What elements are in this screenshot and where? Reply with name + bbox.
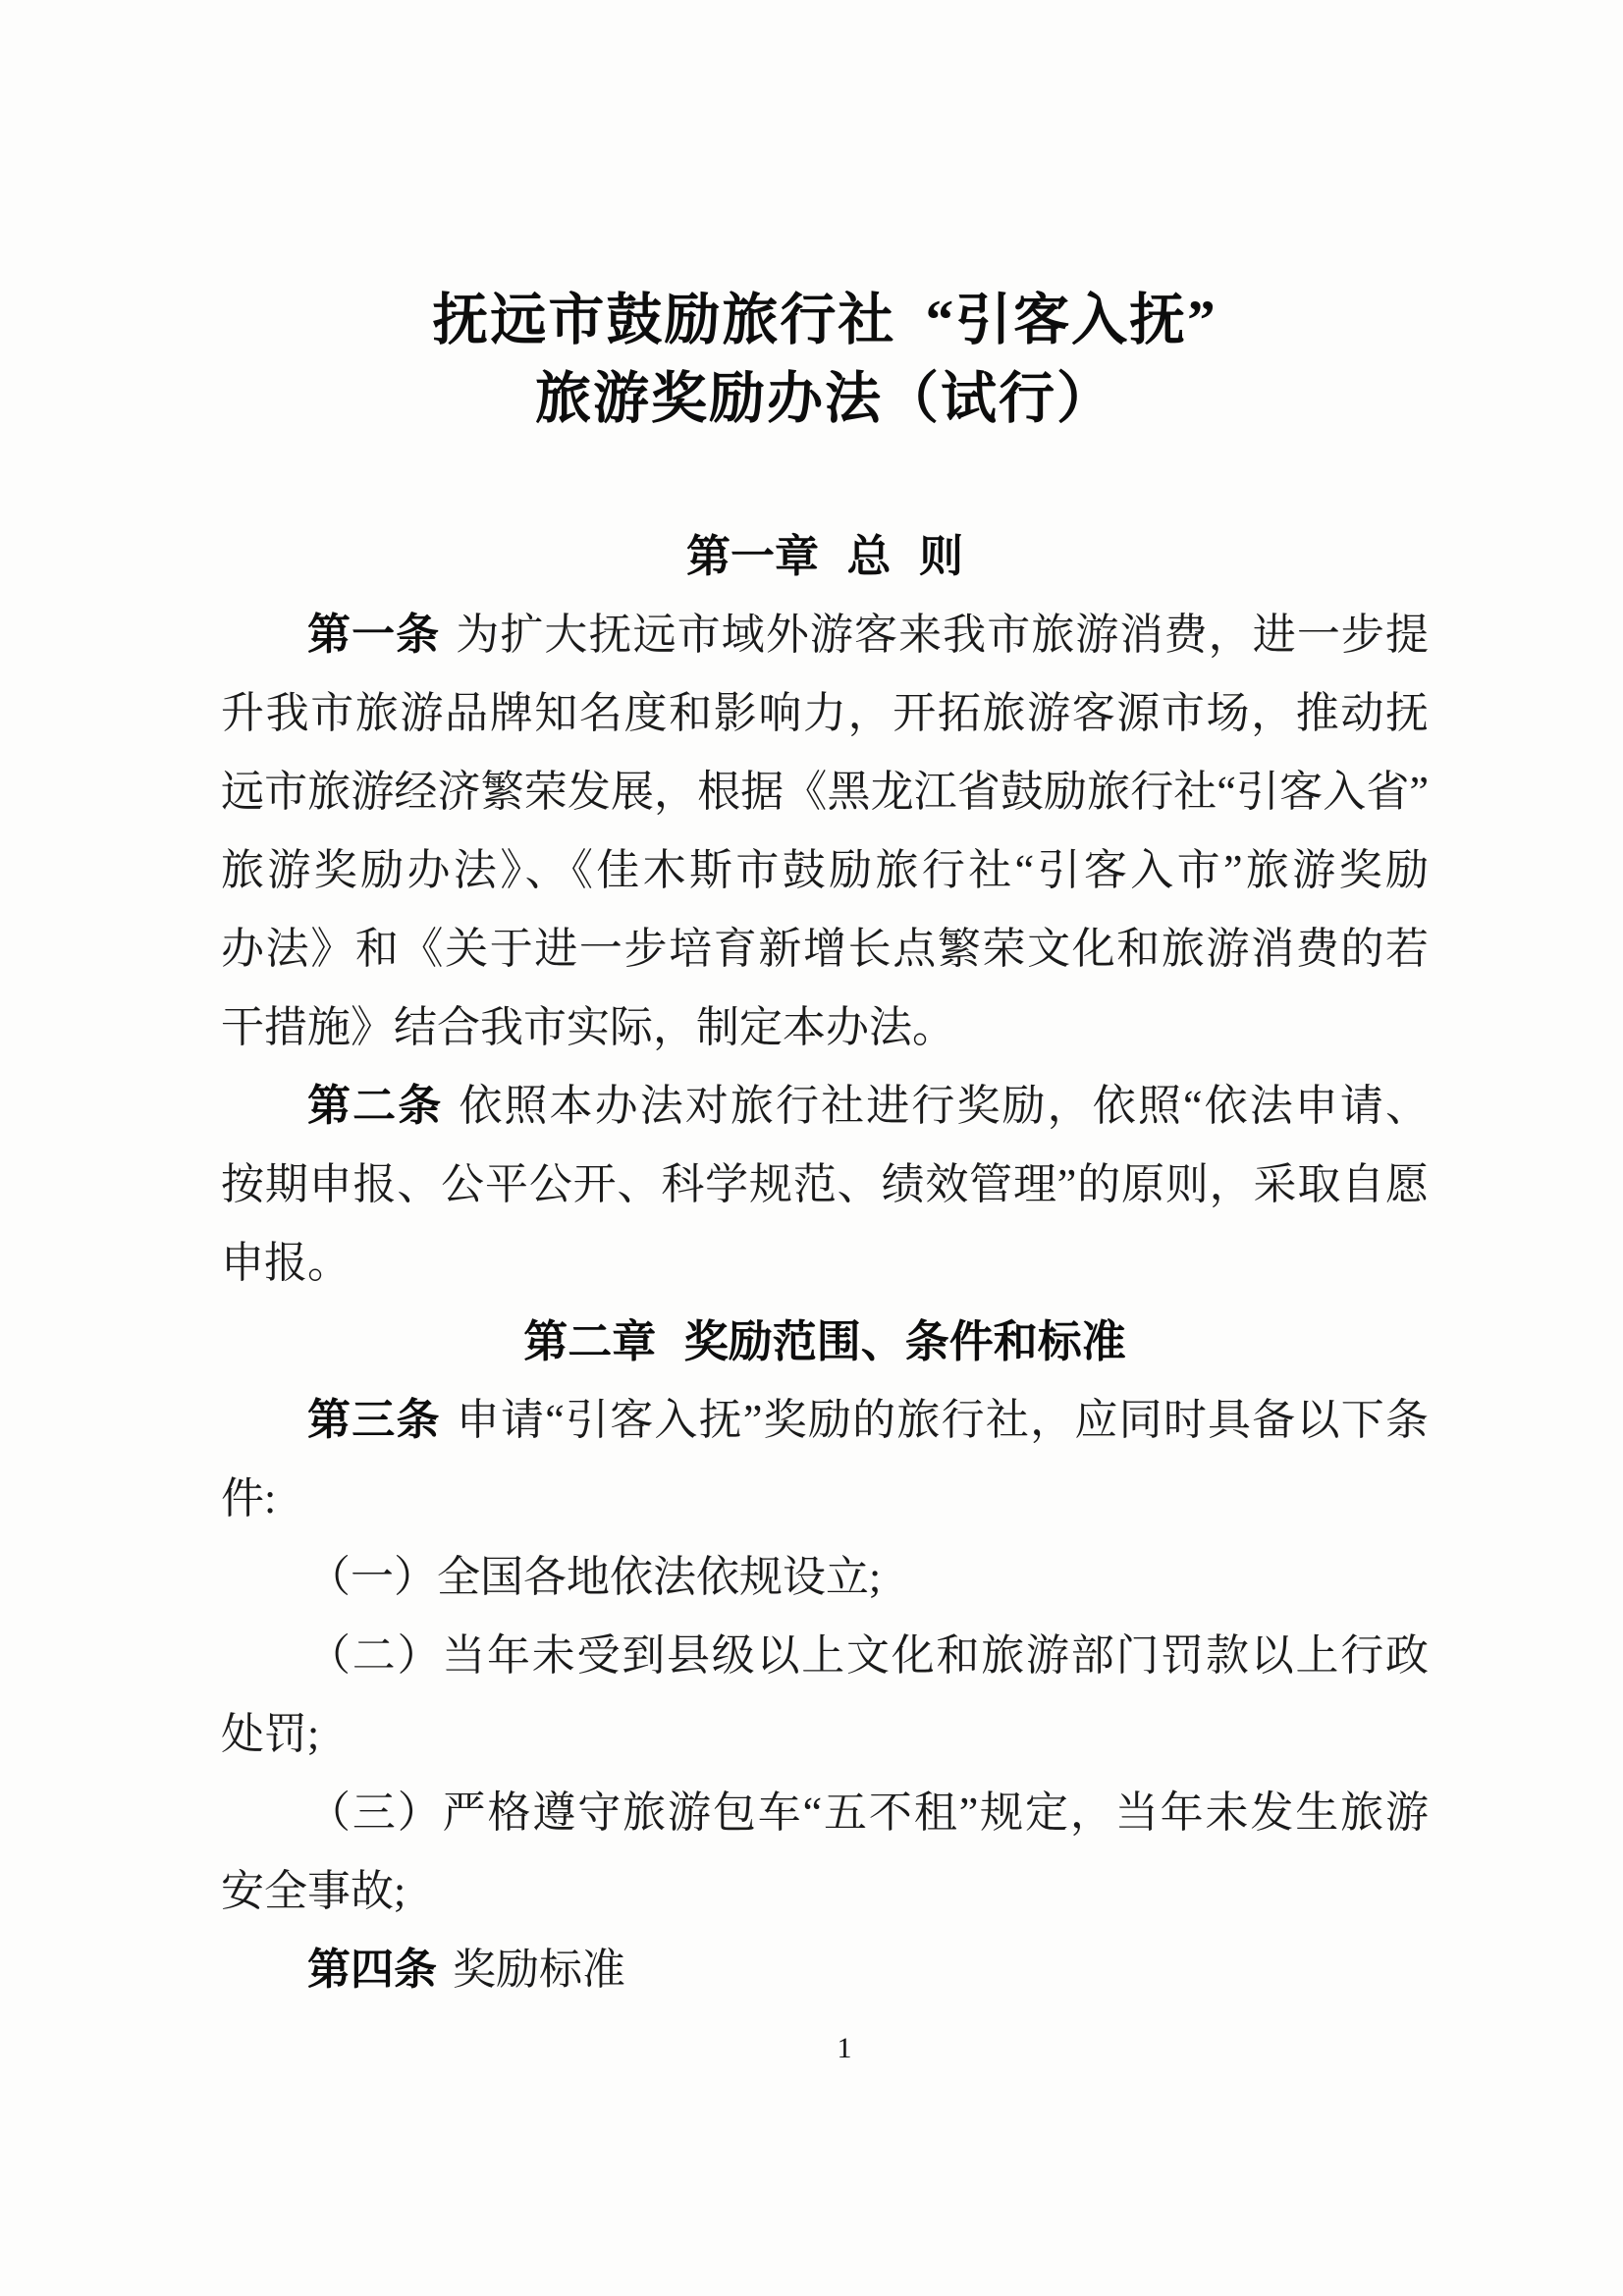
document-line: 远市旅游经济繁荣发展，根据《黑龙江省鼓励旅行社“引客入省” bbox=[221, 753, 1429, 831]
document-content: 抚远市鼓励旅行社 “引客入抚” 旅游奖励办法（试行） 第一章 总 则第一条为扩大… bbox=[221, 282, 1429, 2088]
document-line: 办法》和《关于进一步培育新增长点繁荣文化和旅游消费的若 bbox=[221, 910, 1429, 988]
title-line-2: 旅游奖励办法（试行） bbox=[221, 360, 1429, 439]
document-body: 第一章 总 则第一条为扩大抚远市域外游客来我市旅游消费，进一步提升我市旅游品牌知… bbox=[221, 517, 1429, 2009]
article-label: 第一条 bbox=[307, 611, 440, 659]
chapter-heading: 第二章 奖励范围、条件和标准 bbox=[221, 1303, 1429, 1381]
document-line: 申报。 bbox=[221, 1224, 1429, 1303]
article-label: 第四条 bbox=[307, 1946, 437, 1994]
document-line: 干措施》结合我市实际，制定本办法。 bbox=[221, 988, 1429, 1067]
document-line: 第三条申请“引客入抚”奖励的旅行社，应同时具备以下条 bbox=[221, 1381, 1429, 1460]
document-line: 安全事故; bbox=[221, 1852, 1429, 1931]
title-line-1: 抚远市鼓励旅行社 “引客入抚” bbox=[221, 282, 1429, 360]
article-label: 第三条 bbox=[307, 1396, 441, 1444]
article-label: 第二条 bbox=[307, 1082, 443, 1130]
document-line: （三）严格遵守旅游包车“五不租”规定，当年未发生旅游 bbox=[221, 1774, 1429, 1852]
scanned-document-page: 抚远市鼓励旅行社 “引客入抚” 旅游奖励办法（试行） 第一章 总 则第一条为扩大… bbox=[0, 0, 1623, 2296]
document-line: 第二条依照本办法对旅行社进行奖励，依照“依法申请、 bbox=[221, 1067, 1429, 1146]
document-line: 第一条为扩大抚远市域外游客来我市旅游消费，进一步提 bbox=[221, 596, 1429, 674]
document-line: 处罚; bbox=[221, 1695, 1429, 1774]
document-line: 件: bbox=[221, 1460, 1429, 1538]
page-number: 1 bbox=[221, 2009, 1429, 2088]
document-line: 按期申报、公平公开、科学规范、绩效管理”的原则，采取自愿 bbox=[221, 1146, 1429, 1224]
document-line: 旅游奖励办法》、《佳木斯市鼓励旅行社“引客入市”旅游奖励 bbox=[221, 831, 1429, 910]
document-line: （一）全国各地依法依规设立; bbox=[221, 1538, 1429, 1617]
document-line: 第四条奖励标准 bbox=[221, 1931, 1429, 2009]
document-line: （二）当年未受到县级以上文化和旅游部门罚款以上行政 bbox=[221, 1617, 1429, 1695]
title-spacer bbox=[221, 439, 1429, 517]
chapter-heading: 第一章 总 则 bbox=[221, 517, 1429, 596]
document-title: 抚远市鼓励旅行社 “引客入抚” 旅游奖励办法（试行） bbox=[221, 282, 1429, 439]
document-line: 升我市旅游品牌知名度和影响力，开拓旅游客源市场，推动抚 bbox=[221, 674, 1429, 753]
